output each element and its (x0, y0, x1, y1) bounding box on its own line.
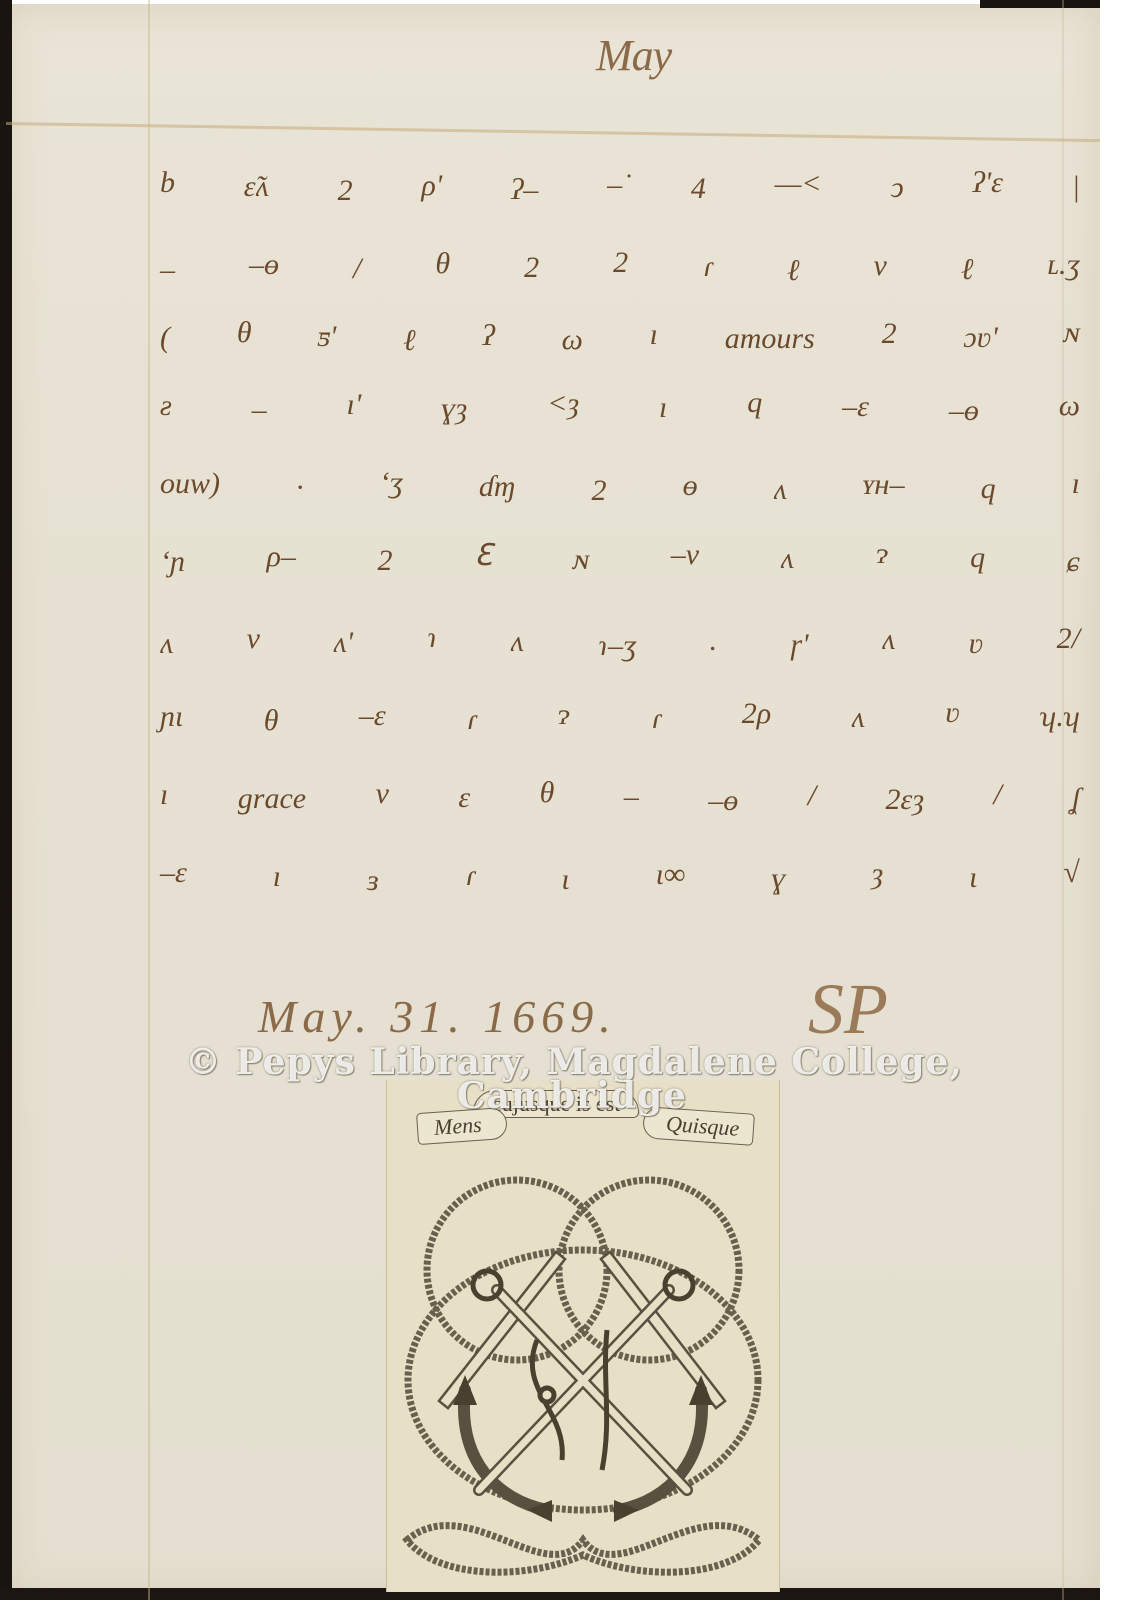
shorthand-glyph: ʔ– (511, 173, 538, 207)
shorthand-glyph: 2ρ (742, 697, 771, 731)
shorthand-glyph: 2/ (1057, 622, 1080, 656)
shorthand-glyph: ɾ (465, 859, 476, 893)
shorthand-glyph: θ (264, 704, 279, 738)
shorthand-glyph: / (808, 779, 816, 813)
shorthand-glyph: ȝ (872, 857, 884, 891)
left-margin-rule (148, 0, 150, 1600)
shorthand-line: ʻɲρ–2ℇɴ–νʌɂqɕ (160, 540, 1080, 575)
shorthand-glyph: ɴ (1065, 316, 1080, 350)
shorthand-glyph: ʌ (511, 625, 524, 659)
shorthand-glyph: –ɛ (359, 699, 386, 733)
shorthand-glyph: ʻʒ (380, 466, 403, 500)
shorthand-glyph: ɲɩ (160, 700, 183, 734)
shorthand-glyph: ʌ (774, 473, 787, 507)
shorthand-glyph: ʌ (160, 627, 173, 661)
shorthand-glyph: ɛ (458, 781, 470, 815)
shorthand-glyph: ouw) (160, 467, 220, 501)
shorthand-glyph: ʋ (969, 627, 984, 661)
shorthand-glyph: –ν (671, 538, 699, 572)
shorthand-glyph: amours (725, 322, 815, 356)
shorthand-glyph: ɣȝ (441, 392, 467, 426)
shorthand-glyph: ƽ' (318, 320, 336, 354)
shorthand-glyph: ρ' (421, 169, 442, 203)
shorthand-glyph: 2 (882, 317, 897, 351)
shorthand-glyph: 4 (691, 172, 706, 206)
shorthand-glyph: θ (435, 247, 450, 281)
shorthand-glyph: √ (1063, 856, 1079, 890)
shorthand-glyph: – (160, 253, 175, 287)
shorthand-line: ––ɵ/θ22ɾℓνℓʟ.ʒ (160, 250, 1080, 284)
shorthand-glyph: ω (1059, 389, 1080, 423)
shorthand-glyph: q (970, 541, 985, 575)
shorthand-glyph: 2 (377, 544, 392, 578)
shorthand-glyph: grace (238, 782, 306, 816)
shorthand-glyph: ↄ (890, 171, 903, 205)
shorthand-glyph: ʮ.ʮ (1040, 700, 1080, 734)
shorthand-glyph: –ɛ (842, 390, 869, 424)
shorthand-glyph: ʌ (852, 701, 865, 735)
shorthand-glyph: ν (247, 622, 260, 656)
shorthand-glyph: 2 (524, 251, 539, 285)
shorthand-glyph: 2 (338, 174, 353, 208)
shorthand-glyph: θ (540, 776, 555, 810)
shorthand-glyph: ɾ (466, 703, 477, 737)
shorthand-glyph: ɩ∞ (656, 858, 686, 892)
shorthand-glyph: <ȝ (547, 387, 579, 421)
shorthand-glyph: ʻɲ (160, 545, 185, 579)
shorthand-glyph: ν (376, 777, 389, 811)
shorthand-line: –ɛıɜɾɩɩ∞ɣȝɩ√ (160, 860, 1080, 894)
shorthand-glyph: ɾ (651, 702, 662, 736)
shorthand-glyph: ı (650, 318, 658, 352)
shorthand-glyph: –ɵ (249, 248, 279, 282)
shorthand-glyph: ɩ (969, 861, 977, 895)
shorthand-glyph: – (624, 780, 639, 814)
shorthand-line: (θƽ'ℓʔωıamours2ɔʋ'ɴ (160, 320, 1080, 354)
shorthand-glyph: ʌ' (333, 626, 353, 660)
shorthand-glyph: –ɵ (949, 394, 979, 428)
shorthand-glyph: ɴ (574, 543, 589, 577)
shorthand-glyph: ℓ (961, 253, 974, 287)
shorthand-glyph: ɔʋ' (963, 321, 997, 355)
page-top-edge-shadow (980, 0, 1100, 8)
shorthand-glyph: ɛ̃ʌ (244, 170, 269, 204)
shorthand-glyph: ɕ (1067, 545, 1080, 579)
shorthand-glyph: ı (273, 860, 281, 894)
shorthand-glyph: ɩ (561, 863, 569, 897)
shorthand-glyph: / (353, 252, 361, 286)
shorthand-line: ouw)·ʻʒɗɱ2ɵʌʏʜ–qı (160, 470, 1080, 504)
shorthand-glyph: ɿ–ʒ (597, 629, 636, 663)
copyright-watermark: © Pepys Library, Magdalene College, Camb… (0, 1040, 1128, 1128)
shorthand-glyph: ɂ (557, 698, 570, 732)
shorthand-glyph: ℓ (787, 254, 800, 288)
shorthand-glyph: ν (874, 249, 887, 283)
shorthand-glyph: / (994, 778, 1002, 812)
shorthand-glyph: ( (160, 321, 170, 355)
watermark-line-2: Cambridge (0, 1074, 1128, 1118)
shorthand-line: bɛ̃ʌ2ρ'ʔ––̇4—<ↄʔ'ɛ| (160, 170, 1080, 204)
shorthand-glyph: ɿ (426, 621, 437, 655)
shorthand-glyph: ℓ (403, 324, 416, 358)
page-heading-month: May (596, 30, 671, 81)
shorthand-glyph: ı (160, 778, 168, 812)
shorthand-glyph: –̇ (607, 168, 622, 202)
shorthand-glyph: 2 (613, 246, 628, 280)
shorthand-glyph: 2ɛȝ (886, 783, 925, 817)
shorthand-glyph: | (1072, 170, 1080, 204)
shorthand-glyph: ı' (347, 388, 362, 422)
shorthand-glyph: ʔ (482, 319, 494, 353)
shorthand-glyph: 2 (592, 474, 607, 508)
shorthand-glyph: ρ– (267, 540, 296, 574)
shorthand-line: ʌνʌ'ɿʌɿ–ʒ.ɼ'ʌʋ2/ (160, 625, 1080, 659)
shorthand-glyph: –ɛ (160, 856, 187, 890)
shorthand-glyph: ɼ' (791, 628, 809, 662)
shorthand-glyph: ɜ (367, 864, 379, 898)
shorthand-glyph: ʔ'ɛ (972, 166, 1003, 200)
shorthand-glyph: q (981, 472, 996, 506)
shorthand-glyph: ı (659, 391, 667, 425)
shorthand-glyph: ʌ (781, 542, 794, 576)
shorthand-glyph: ı (1072, 467, 1080, 501)
shorthand-glyph: ƨ (160, 389, 172, 423)
shorthand-glyph: · (296, 471, 304, 505)
shorthand-line: ıgraceνɛθ––ɵ/2ɛȝ/ʆ (160, 780, 1080, 814)
shorthand-glyph: θ (237, 316, 252, 350)
shorthand-glyph: ɵ (683, 469, 698, 503)
shorthand-glyph: ɾ (702, 250, 713, 284)
shorthand-line: ƨ–ı'ɣȝ<ȝıq–ɛ–ɵω (160, 390, 1080, 424)
shorthand-glyph: –ɵ (708, 784, 738, 818)
book-spine-shadow (0, 0, 12, 1600)
shorthand-glyph: ℇ (474, 538, 492, 573)
closing-date: May. 31. 1669. (258, 990, 617, 1043)
shorthand-glyph: – (252, 393, 267, 427)
signature-monogram: SP (808, 968, 888, 1051)
shorthand-glyph: b (160, 166, 175, 200)
shorthand-glyph: ʌ (882, 623, 895, 657)
crossed-anchors-emblem-icon (387, 1160, 779, 1590)
shorthand-line: ɲɩθ–ɛɾɂɾ2ρʌʋʮ.ʮ (160, 700, 1080, 734)
shorthand-glyph: ɗɱ (479, 470, 516, 504)
shorthand-glyph: ɂ (875, 537, 888, 571)
shorthand-glyph: q (747, 386, 762, 420)
shorthand-glyph: ʟ.ʒ (1047, 248, 1080, 282)
shorthand-glyph: ω (562, 323, 583, 357)
shorthand-glyph: ɣ (771, 862, 785, 896)
shorthand-glyph: . (710, 624, 718, 658)
shorthand-glyph: ʏʜ– (863, 468, 905, 502)
bookplate: cujusque is est Mens Quisque (386, 1080, 780, 1592)
shorthand-glyph: ʋ (945, 696, 960, 730)
shorthand-glyph: ʆ (1071, 782, 1080, 816)
shorthand-glyph: —< (775, 167, 822, 201)
